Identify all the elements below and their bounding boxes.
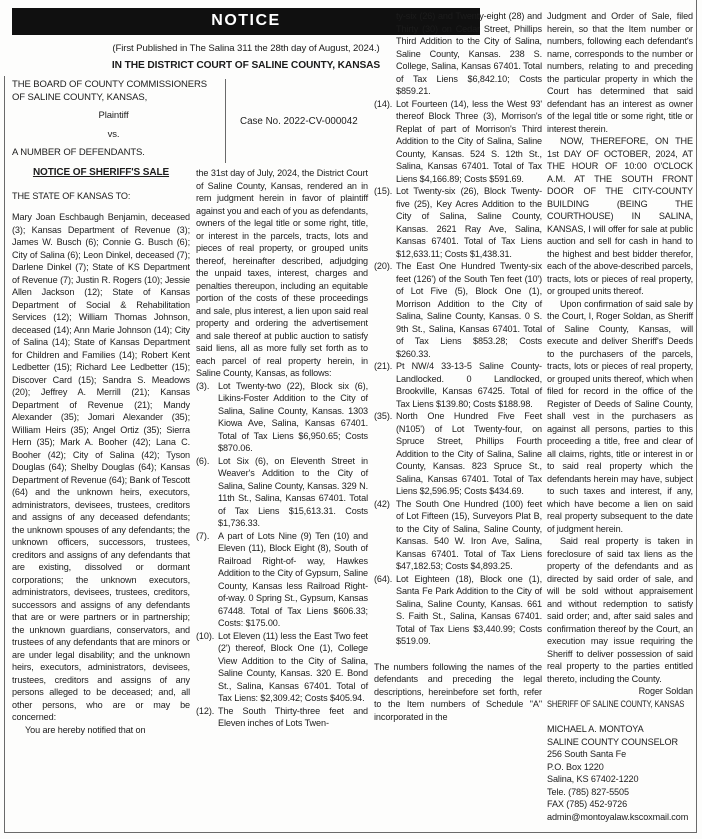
- item-number: (14).: [374, 98, 396, 186]
- column-4: Judgment and Order of Sale, filed herein…: [547, 10, 693, 823]
- property-item: (12). The South Thirty-three feet and El…: [196, 705, 368, 730]
- schedule-a-paragraph: Judgment and Order of Sale, filed herein…: [547, 10, 693, 135]
- state-of-kansas-line: THE STATE OF KANSAS TO:: [12, 190, 190, 203]
- property-item: (10). Lot Eleven (11) less the East Two …: [196, 630, 368, 705]
- item-numbers-explanation: The numbers following the names of the d…: [374, 661, 542, 724]
- property-item: (7). A part of Lots Nine (9) Ten (10) an…: [196, 530, 368, 630]
- plaintiff-role: Plaintiff: [12, 110, 215, 123]
- item-text: Lot Eighteen (18), Block one (1), Santa …: [396, 573, 542, 648]
- item-text: The South Thirty-three feet and Eleven i…: [218, 705, 368, 730]
- item-text: Pt NW/4 33-13-5 Saline County-Landlocked…: [396, 360, 542, 410]
- item-number: (64).: [374, 573, 396, 648]
- column-1: NOTICE OF SHERIFF'S SALE THE STATE OF KA…: [12, 167, 190, 736]
- notified-paragraph: You are hereby notified that on: [12, 724, 190, 737]
- item-number: (42): [374, 498, 396, 573]
- contact-name: MICHAEL A. MONTOYA: [547, 723, 693, 736]
- property-item: (6). Lot Six (6), on Eleventh Street in …: [196, 455, 368, 530]
- item-text: Lot Twenty-two (22), Block six (6), Liki…: [218, 380, 368, 455]
- confirmation-paragraph: Upon confirmation of said sale by the Co…: [547, 298, 693, 536]
- item-number: (20).: [374, 260, 396, 360]
- property-item: (42) The South One Hundred (100) feet of…: [374, 498, 542, 573]
- column-3: ty-six (26) and Twenty-eight (28) and Th…: [374, 10, 542, 723]
- page-border-right: [696, 0, 697, 833]
- legal-notice-page: NOTICE (First Published in The Salina 31…: [0, 0, 702, 839]
- item-number: (7).: [196, 530, 218, 630]
- contact-city-state-zip: Salina, KS 67402-1220: [547, 773, 693, 786]
- contact-fax: FAX (785) 452-9726: [547, 798, 693, 811]
- property-item: (14). Lot Fourteen (14), less the West 9…: [374, 98, 542, 186]
- sale-date-paragraph: NOW, THEREFORE, ON THE 1st DAY OF OCTOBE…: [547, 135, 693, 298]
- judgment-intro-paragraph: the 31st day of July, 2024, the District…: [196, 167, 368, 380]
- item-text: North One Hundred Five Feet (N105') of L…: [396, 410, 542, 498]
- item-number: (3).: [196, 380, 218, 455]
- sheriffs-sale-heading: NOTICE OF SHERIFF'S SALE: [12, 167, 190, 180]
- contact-title: SALINE COUNTY COUNSELOR: [547, 736, 693, 749]
- item-text: The East One Hundred Twenty-six feet (12…: [396, 260, 542, 360]
- property-item: (35). North One Hundred Five Feet (N105'…: [374, 410, 542, 498]
- item-text: The South One Hundred (100) feet of Lot …: [396, 498, 542, 573]
- item-text: Lot Six (6), on Eleventh Street in Weave…: [218, 455, 368, 530]
- plaintiff-name-line1: THE BOARD OF COUNTY COMMISSIONERS: [12, 79, 215, 92]
- sheriff-signature-title: SHERIFF OF SALINE COUNTY, KANSAS: [547, 698, 667, 711]
- defendants-line: A NUMBER OF DEFENDANTS.: [12, 147, 215, 160]
- sheriff-signature-name: Roger Soldan: [547, 685, 693, 698]
- item-number: (21).: [374, 360, 396, 410]
- item-number: (12).: [196, 705, 218, 730]
- contact-po-box: P.O. Box 1220: [547, 761, 693, 774]
- item-12-continuation: ty-six (26) and Twenty-eight (28) and Th…: [396, 10, 542, 98]
- plaintiff-name-line2: OF SALINE COUNTY, KANSAS,: [12, 92, 215, 105]
- contact-email: admin@montoyalaw.kscoxmail.com: [547, 811, 693, 824]
- item-text: Lot Twenty-six (26), Block Twenty-five (…: [396, 185, 542, 260]
- caption-plaintiff-block: THE BOARD OF COUNTY COMMISSIONERS OF SAL…: [12, 79, 215, 163]
- page-border-bottom: [4, 832, 697, 833]
- page-border-left: [4, 76, 5, 833]
- property-item: (3). Lot Twenty-two (22), Block six (6),…: [196, 380, 368, 455]
- item-text: Lot Eleven (11) less the East Two feet (…: [218, 630, 368, 705]
- item-number: (6).: [196, 455, 218, 530]
- item-number: (15).: [374, 185, 396, 260]
- versus-label: vs.: [12, 129, 215, 142]
- contact-street: 256 South Santa Fe: [547, 748, 693, 761]
- item-text: A part of Lots Nine (9) Ten (10) and Ele…: [218, 530, 368, 630]
- contact-telephone: Tele. (785) 827-5505: [547, 786, 693, 799]
- item-number: (35).: [374, 410, 396, 498]
- item-text: Lot Fourteen (14), less the West 93' the…: [396, 98, 542, 186]
- property-item: (64). Lot Eighteen (18), Block one (1), …: [374, 573, 542, 648]
- counselor-contact-block: MICHAEL A. MONTOYA SALINE COUNTY COUNSEL…: [547, 723, 693, 823]
- property-item: (21). Pt NW/4 33-13-5 Saline County-Land…: [374, 360, 542, 410]
- property-item: (20). The East One Hundred Twenty-six fe…: [374, 260, 542, 360]
- column-2: the 31st day of July, 2024, the District…: [196, 167, 368, 730]
- item-number: (10).: [196, 630, 218, 705]
- property-item: (15). Lot Twenty-six (26), Block Twenty-…: [374, 185, 542, 260]
- foreclosure-paragraph: Said real property is taken in foreclosu…: [547, 535, 693, 685]
- defendants-list-paragraph: Mary Joan Eschbaugh Benjamin, deceased (…: [12, 211, 190, 724]
